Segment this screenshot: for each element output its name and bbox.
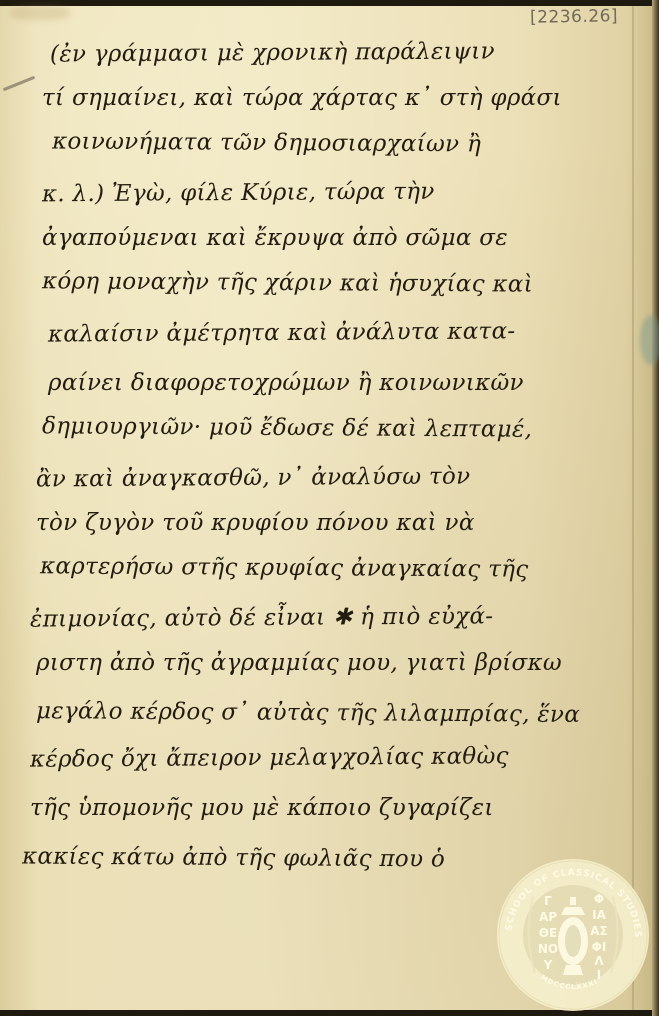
stamp-letter: Υ (543, 958, 553, 972)
handwritten-line: ἐπιμονίας, αὐτὸ δέ εἶναι ✱ ἡ πιὸ εὐχά- (30, 603, 494, 632)
handwritten-line: τί σημαίνει, καὶ τώρα χάρτας κ᾽ στὴ φράσ… (42, 85, 562, 111)
handwritten-line: (ἐν γράμμασι μὲ χρονικὴ παράλειψιν (50, 38, 495, 67)
stamp-letter: ΑΡ (539, 910, 557, 924)
handwritten-line: καρτερήσω στῆς κρυφίας ἀναγκαίας τῆς (40, 553, 529, 582)
handwritten-line: κοινωνήματα τῶν δημοσιαρχαίων ἢ (52, 129, 481, 158)
stamp-letter: Ι (597, 968, 601, 982)
handwritten-line: κέρδος ὄχι ἄπειρον μελαγχολίας καθὼς (30, 743, 509, 772)
handwritten-line: δημιουργιῶν· μοῦ ἔδωσε δέ καὶ λεπταμέ, (42, 413, 532, 442)
scan-border-right (652, 0, 659, 1016)
handwritten-line: ἀγαπούμεναι καὶ ἔκρυψα ἀπὸ σῶμα σε (42, 225, 508, 251)
stamp-letter: ΝΟ (538, 942, 558, 956)
handwritten-line: κακίες κάτω ἀπὸ τῆς φωλιᾶς που ὁ (22, 844, 445, 873)
stamp-letter: ΘΕ (539, 926, 557, 940)
handwritten-line: τὸν ζυγὸν τοῦ κρυφίου πόνου καὶ νὰ (36, 510, 475, 536)
handwritten-line: ριστη ἀπὸ τῆς ἀγραμμίας μου, γιατὶ βρίσκ… (36, 650, 562, 676)
handwritten-line: ραίνει διαφορετοχρώμων ἢ κοινωνικῶν (48, 370, 524, 396)
handwritten-line: ἂν καὶ ἀναγκασθῶ, ν᾽ ἀναλύσω τὸν (36, 463, 471, 492)
handwritten-line: καλαίσιν ἀμέτρητα καὶ ἀνάλυτα κατα- (48, 318, 516, 347)
stamp-letter: Φ (594, 892, 604, 906)
library-stamp-icon: SCHOOL OF CLASSICAL STUDIES AT ATHENS MD… (493, 857, 653, 1013)
handwritten-line: κ. λ.) Ἐγὼ, φίλε Κύριε, τώρα τὴν (42, 179, 435, 208)
stamp-letter: Γ (544, 894, 552, 908)
handwritten-line: τῆς ὑπομονῆς μου μὲ κάποιο ζυγαρίζει (30, 795, 494, 821)
stamp-letter: Λ (594, 954, 604, 968)
handwritten-line: κόρη μοναχὴν τῆς χάριν καὶ ἡσυχίας καὶ (42, 268, 533, 297)
stamp-letter: ΑΣ (590, 924, 607, 938)
handwritten-line: μεγάλο κέρδος σ᾽ αὐτὰς τῆς λιλαμπρίας, ἕ… (36, 698, 580, 728)
stamp-letter: ΙΑ (592, 908, 606, 922)
stamp-letter: ΦΙ (592, 940, 607, 954)
